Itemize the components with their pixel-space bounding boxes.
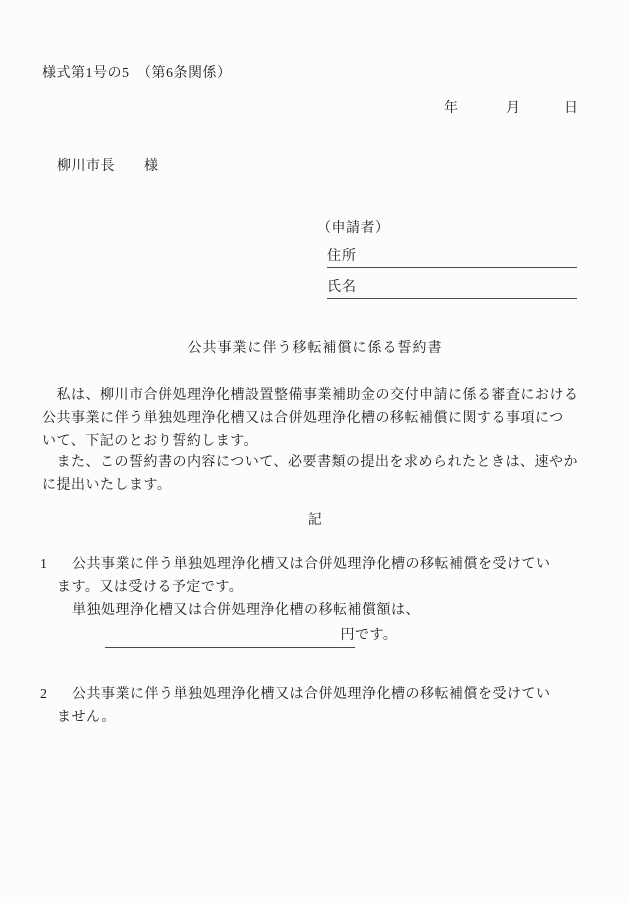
item-1-line-2: ます。又は受ける予定です。: [57, 576, 243, 599]
item-2-line-1: 公共事業に伴う単独処理浄化槽又は合併処理浄化槽の移転補償を受けてい: [72, 683, 551, 706]
name-label: 氏名: [327, 280, 357, 295]
amount-suffix: です。: [355, 628, 397, 643]
date-month-label: 月: [506, 97, 521, 120]
applicant-name-field: 氏名: [327, 278, 577, 299]
body-paragraph-2: また、この誓約書の内容について、必要書類の提出を求められたときは、速やか に提出…: [42, 451, 598, 497]
document-title: 公共事業に伴う移転補償に係る誓約書: [0, 337, 630, 360]
amount-blank-field: 円: [105, 624, 355, 648]
applicant-address-field: 住所: [327, 247, 577, 268]
body-paragraph-1: 私は、柳川市合併処理浄化槽設置整備事業補助金の交付申請に係る審査における 公共事…: [42, 384, 598, 453]
item-1-amount-line: 円です。: [105, 624, 397, 648]
item-2-number: 2: [40, 683, 48, 706]
item-1-line-1: 公共事業に伴う単独処理浄化槽又は合併処理浄化槽の移転補償を受けてい: [72, 553, 551, 576]
addressee: 柳川市長 様: [57, 155, 159, 178]
date-year-label: 年: [444, 97, 459, 120]
item-2-line-2: ません。: [57, 706, 116, 729]
applicant-label: （申請者）: [317, 217, 390, 240]
item-1-line-3: 単独処理浄化槽又は合併処理浄化槽の移転補償額は、: [72, 599, 420, 622]
list-marker: 記: [0, 509, 630, 532]
amount-unit-label: 円: [341, 628, 356, 643]
item-1-number: 1: [40, 553, 48, 576]
document-page: 様式第1号の5 （第6条関係） 年 月 日 柳川市長 様 （申請者） 住所 氏名…: [0, 0, 630, 903]
date-day-label: 日: [564, 97, 579, 120]
address-label: 住所: [327, 249, 357, 264]
form-number: 様式第1号の5 （第6条関係）: [42, 62, 232, 85]
